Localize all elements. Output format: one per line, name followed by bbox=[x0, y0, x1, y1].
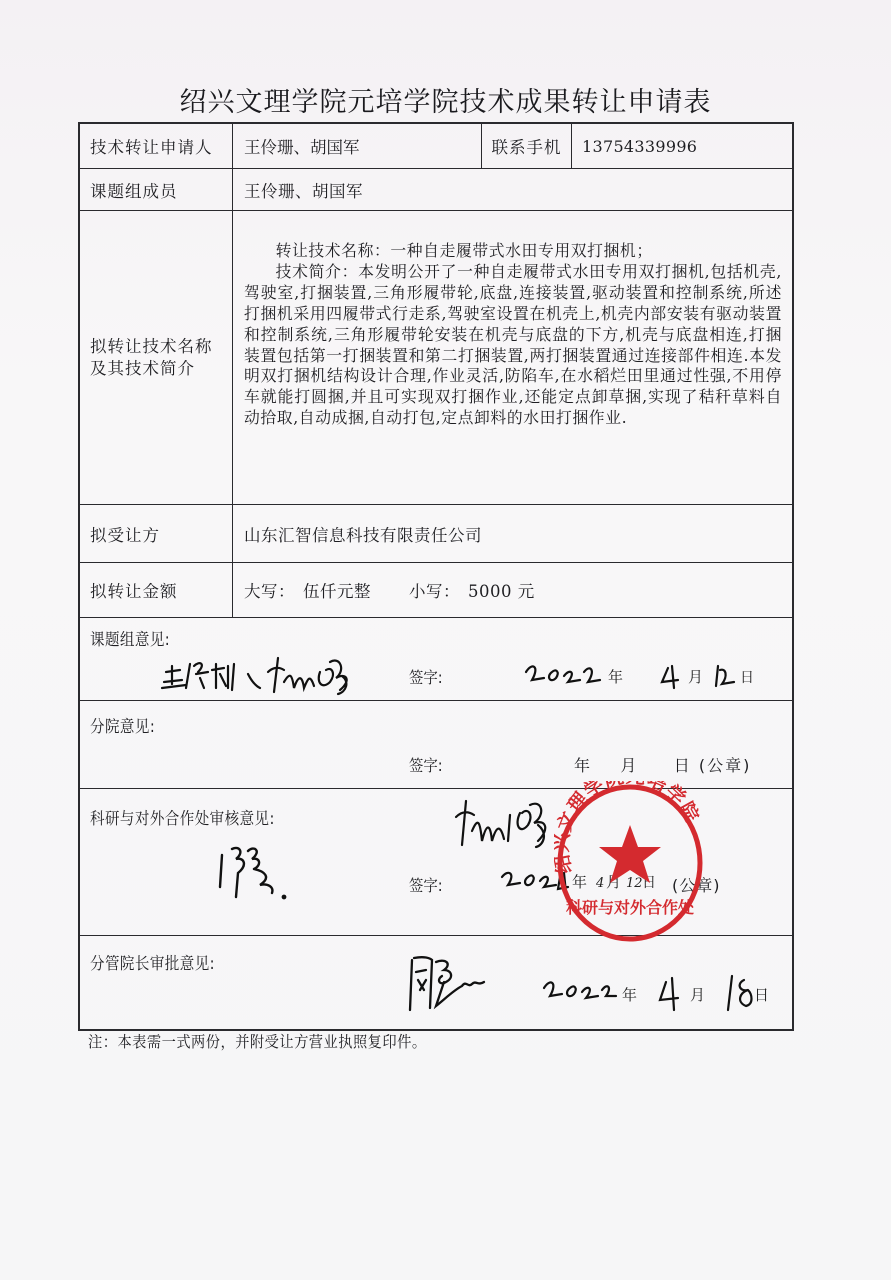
technology-label: 拟转让技术名称及其技术简介 bbox=[80, 211, 233, 504]
transferee-label: 拟受让方 bbox=[80, 505, 233, 562]
seal-inner-text: 科研与对外合作处 bbox=[566, 898, 694, 917]
project-team-opinion: 课题组意见: 签字: bbox=[80, 618, 792, 701]
amount-value: 大写： 伍仟元整 小写： 5000 元 bbox=[233, 563, 792, 617]
vice-dean-signature bbox=[406, 950, 516, 1020]
amount-lower-value: 5000 元 bbox=[468, 578, 535, 602]
project-team-sign-label: 签字: bbox=[409, 665, 443, 688]
amount-upper-value: 伍仟元整 bbox=[303, 578, 371, 602]
branch-sign-label: 签字: bbox=[409, 753, 443, 776]
transferee-row: 拟受让方 山东汇智信息科技有限责任公司 bbox=[80, 505, 792, 563]
document-page: 绍兴文理学院元培学院技术成果转让申请表 技术转让申请人 王伶珊、胡国军 联系手机… bbox=[0, 0, 891, 1280]
applicant-value: 王伶珊、胡国军 bbox=[233, 124, 482, 168]
amount-label: 拟转让金额 bbox=[80, 563, 233, 617]
phone-label: 联系手机 bbox=[482, 124, 572, 168]
svg-text:日: 日 bbox=[740, 670, 754, 686]
official-seal-stamp: 绍兴文理学院元培学院 科研与对外合作处 bbox=[554, 781, 704, 943]
research-office-sign-label: 签字: bbox=[409, 873, 443, 896]
svg-text:年: 年 bbox=[622, 986, 637, 1004]
members-row: 课题组成员 王伶珊、胡国军 bbox=[80, 169, 792, 211]
amount-row: 拟转让金额 大写： 伍仟元整 小写： 5000 元 bbox=[80, 563, 792, 618]
svg-text:月: 月 bbox=[688, 668, 703, 686]
project-team-signature bbox=[160, 652, 400, 697]
branch-opinion: 分院意见: 签字: 年 月 日 (公章) bbox=[80, 701, 792, 789]
applicant-label: 技术转让申请人 bbox=[80, 124, 233, 168]
transferee-value: 山东汇智信息科技有限责任公司 bbox=[233, 505, 792, 562]
svg-text:年: 年 bbox=[608, 668, 623, 686]
vice-dean-opinion-heading: 分管院长审批意见: bbox=[90, 950, 215, 974]
research-office-opinion-heading: 科研与对外合作处审核意见: bbox=[90, 805, 275, 829]
technology-description: 转让技术名称：一种自走履带式水田专用双打捆机； 技术简介：本发明公开了一种自走履… bbox=[233, 211, 792, 504]
applicant-row: 技术转让申请人 王伶珊、胡国军 联系手机 13754339996 bbox=[80, 124, 792, 169]
vice-dean-date-handwritten: 年 月 日 bbox=[540, 970, 790, 1014]
technology-name-line: 转让技术名称：一种自走履带式水田专用双打捆机； bbox=[244, 241, 782, 262]
svg-text:日: 日 bbox=[754, 986, 769, 1004]
form-title: 绍兴文理学院元培学院技术成果转让申请表 bbox=[0, 80, 891, 119]
technology-intro: 技术简介：本发明公开了一种自走履带式水田专用双打捆机,包括机壳,驾驶室,打捆装置… bbox=[244, 262, 782, 429]
phone-value: 13754339996 bbox=[572, 124, 792, 168]
svg-text:月: 月 bbox=[690, 986, 705, 1004]
research-office-reviewer-signature bbox=[214, 835, 304, 905]
amount-lower-label: 小写： bbox=[409, 578, 460, 602]
project-team-opinion-heading: 课题组意见: bbox=[90, 626, 170, 650]
branch-opinion-heading: 分院意见: bbox=[90, 713, 155, 737]
vice-dean-opinion: 分管院长审批意见: 年 月 日 bbox=[80, 936, 792, 1029]
branch-date-blank: 年 月 日 (公章) bbox=[574, 753, 751, 776]
technology-row: 拟转让技术名称及其技术简介 转让技术名称：一种自走履带式水田专用双打捆机； 技术… bbox=[80, 211, 792, 505]
project-team-date-handwritten: 年 月 日 bbox=[522, 658, 762, 692]
members-value: 王伶珊、胡国军 bbox=[233, 169, 792, 210]
members-label: 课题组成员 bbox=[80, 169, 233, 210]
footnote: 注：本表需一式两份，并附受让方营业执照复印件。 bbox=[88, 1030, 427, 1052]
amount-upper-label: 大写： bbox=[244, 578, 295, 602]
